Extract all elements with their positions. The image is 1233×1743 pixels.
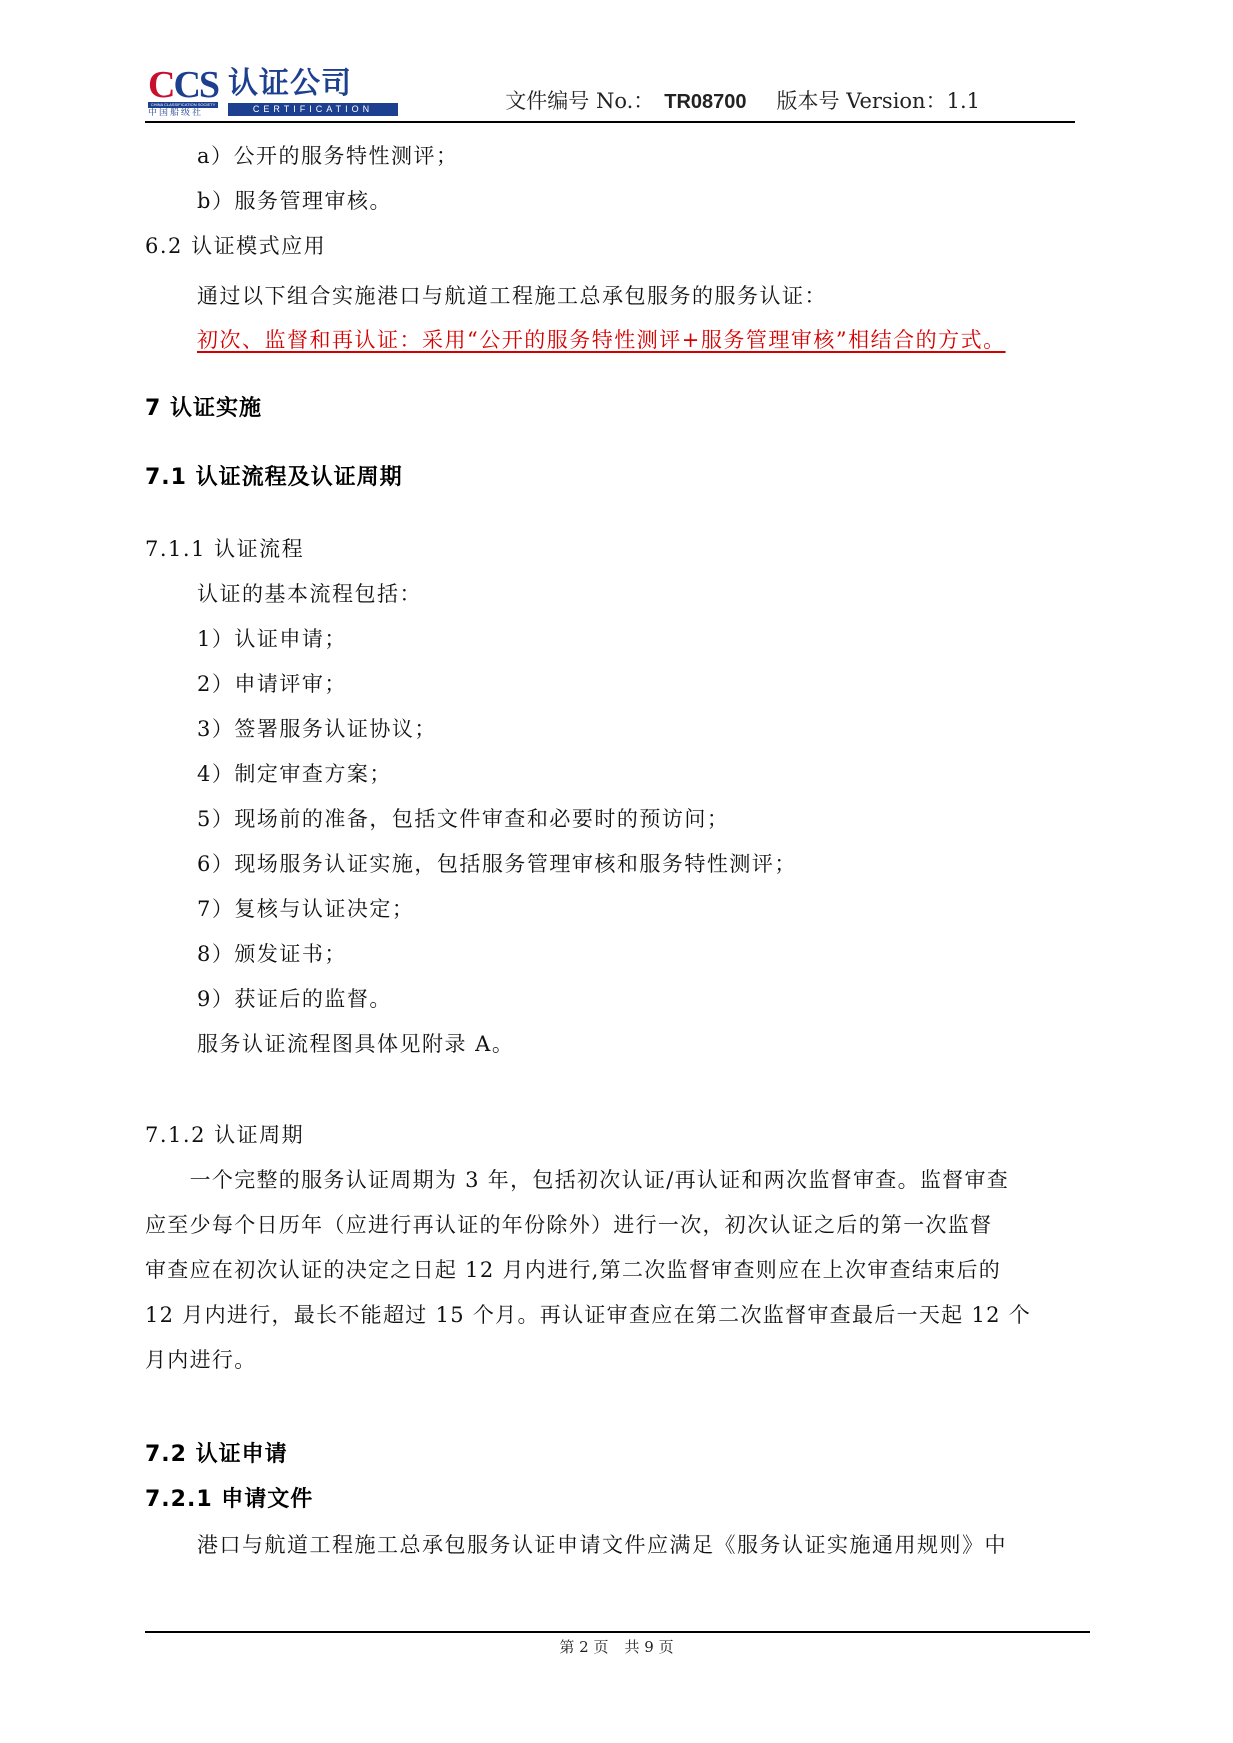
version-label: 版本号 Version：	[777, 89, 947, 113]
logo-society-cn: 中国船级社	[148, 108, 203, 118]
process-step: 9）获证后的监督。	[197, 985, 392, 1013]
document-meta: 文件编号 No.：TR08700版本号 Version：1.1	[505, 88, 980, 115]
process-step: 8）颁发证书；	[197, 940, 347, 968]
section-heading-7: 7 认证实施	[145, 395, 262, 423]
page-number: 第 2 页共 9 页	[0, 1637, 1233, 1657]
section-7-1-1-intro: 认证的基本流程包括：	[197, 580, 422, 608]
section-heading-6-2: 6.2 认证模式应用	[145, 232, 326, 260]
logo-ccs-mark: CCS	[148, 66, 218, 104]
process-step: 7）复核与认证决定；	[197, 895, 414, 923]
page-current: 第 2 页	[559, 1638, 608, 1656]
process-step: 2）申请评审；	[197, 670, 347, 698]
logo-company-name: 认证公司	[228, 66, 352, 102]
process-step: 1）认证申请；	[197, 625, 347, 653]
section-7-1-1-note: 服务认证流程图具体见附录 A。	[197, 1030, 514, 1058]
paragraph-line: 月内进行。	[145, 1346, 1090, 1374]
process-step: 5）现场前的准备，包括文件审查和必要时的预访问；	[197, 805, 729, 833]
document-page: CCS CHINA CLASSIFICATION SOCIETY 中国船级社 认…	[0, 0, 1233, 1743]
header-divider	[145, 121, 1075, 123]
section-heading-7-1-1: 7.1.1 认证流程	[145, 535, 304, 563]
list-item-b: b）服务管理审核。	[197, 187, 392, 215]
section-6-2-highlight: 初次、监督和再认证：采用“公开的服务特性测评+服务管理审核”相结合的方式。	[197, 326, 1006, 354]
list-item-a: a）公开的服务特性测评；	[197, 142, 459, 170]
doc-number-label: 文件编号 No.：	[505, 89, 654, 113]
paragraph-line: 12 月内进行，最长不能超过 15 个月。再认证审查应在第二次监督审查最后一天起…	[145, 1301, 1090, 1329]
section-heading-7-2: 7.2 认证申请	[145, 1441, 288, 1469]
process-step: 4）制定审查方案；	[197, 760, 392, 788]
section-heading-7-1-2: 7.1.2 认证周期	[145, 1121, 304, 1149]
section-heading-7-1: 7.1 认证流程及认证周期	[145, 464, 403, 492]
footer-divider	[145, 1631, 1090, 1633]
page-total: 共 9 页	[625, 1638, 674, 1656]
paragraph-line: 一个完整的服务认证周期为 3 年，包括初次认证/再认证和两次监督审查。监督审查	[145, 1166, 1090, 1194]
section-heading-7-2-1: 7.2.1 申请文件	[145, 1486, 313, 1514]
paragraph-line: 应至少每个日历年（应进行再认证的年份除外）进行一次，初次认证之后的第一次监督	[145, 1211, 1090, 1239]
section-7-2-1-paragraph: 港口与航道工程施工总承包服务认证申请文件应满足《服务认证实施通用规则》中	[197, 1531, 1007, 1559]
logo-certification-band: CERTIFICATION	[228, 103, 398, 116]
process-step: 3）签署服务认证协议；	[197, 715, 437, 743]
process-step: 6）现场服务认证实施，包括服务管理审核和服务特性测评；	[197, 850, 797, 878]
version-number: 1.1	[947, 89, 980, 113]
section-6-2-intro: 通过以下组合实施港口与航道工程施工总承包服务的服务认证：	[197, 282, 827, 310]
paragraph-line: 审查应在初次认证的决定之日起 12 月内进行,第二次监督审查则应在上次审查结束后…	[145, 1256, 1090, 1284]
ccs-certification-logo: CCS CHINA CLASSIFICATION SOCIETY 中国船级社 认…	[148, 66, 400, 118]
doc-number: TR08700	[664, 91, 746, 113]
